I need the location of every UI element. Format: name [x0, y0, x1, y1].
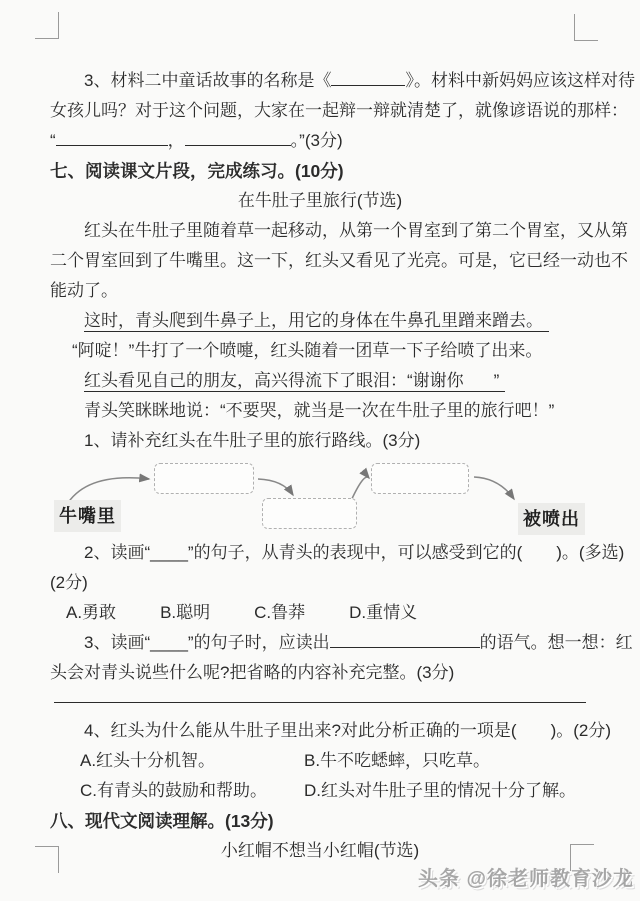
q2-option-a: A.勇敢: [66, 598, 116, 628]
q2-option-b: B.聪明: [160, 598, 210, 628]
question-2-line2: (2分): [50, 568, 590, 598]
arrow-4: [474, 477, 514, 499]
q2-option-d: D.重情义: [349, 598, 417, 628]
close-quote-score: 。”(3分): [291, 131, 343, 150]
route-box-3[interactable]: [371, 463, 469, 494]
passage-title: 在牛肚子里旅行(节选): [50, 186, 590, 216]
watermark: 头条 @徐老师教育沙龙: [418, 862, 634, 891]
passage-para1-line2: 二个胃室回到了牛嘴里。这一下，红头又看见了光亮。可是，它已经一动也不: [50, 246, 590, 276]
route-start-label: 牛嘴里: [54, 500, 121, 532]
material-question-line3: “，。”(3分): [50, 126, 590, 156]
question-3-line1-post: 的语气。想一想：红: [480, 633, 633, 652]
passage-para2: 这时，青头爬到牛鼻子上，用它的身体在牛鼻孔里蹭来蹭去。: [50, 306, 590, 336]
question-2-options: A.勇敢 B.聪明 C.鲁莽 D.重情义: [50, 598, 590, 628]
q4-option-a: A.红头十分机智。: [80, 746, 304, 776]
passage-para1-line3: 能动了。: [50, 276, 590, 306]
q4-option-d: D.红头对牛肚子里的情况十分了解。: [304, 776, 590, 806]
section-8-heading: 八、现代文阅读理解。(13分): [50, 806, 590, 836]
proverb-blank-2: [185, 130, 291, 146]
question-4-options: A.红头十分机智。 B.牛不吃蟋蟀，只吃草。 C.有青头的鼓励和帮助。 D.红头…: [50, 746, 590, 806]
route-end-label: 被喷出: [518, 503, 585, 535]
material-question-line1-pre: 3、材料二中童话故事的名称是《: [84, 71, 331, 90]
section-7-heading: 七、阅读课文片段，完成练习。(10分): [50, 156, 590, 186]
q2-option-c: C.鲁莽: [254, 598, 305, 628]
proverb-blank-1: [56, 130, 168, 146]
q4-option-b: B.牛不吃蟋蟀，只吃草。: [304, 746, 590, 776]
exam-page-content: 3、材料二中童话故事的名称是《》。材料中新妈妈应该这样对待 女孩儿吗？对于这个问…: [50, 66, 590, 866]
passage-para3: “阿啶！”牛打了一个喷嚏，红头随着一团草一下子给喷了出来。: [50, 336, 590, 366]
material-question-line1-post: 》。材料中新妈妈应该这样对待: [405, 71, 635, 90]
question-3-line1: 3、读画“____”的句子时，应读出的语气。想一想：红: [50, 628, 590, 658]
route-box-1[interactable]: [154, 463, 254, 494]
crop-mark-top-right: [574, 14, 598, 41]
passage-para5: 青头笑眯眯地说：“不要哭，就当是一次在牛肚子里的旅行吧！”: [50, 396, 590, 426]
underlined-sentence-2-quote: ”: [494, 371, 500, 390]
question-3-line2: 头会对青头说些什么呢?把省略的内容补充完整。(3分): [50, 658, 590, 688]
title-blank: [331, 70, 405, 86]
arrow-2: [258, 479, 293, 495]
passage-para4: 红头看见自己的朋友，高兴得流下了眼泪：“谢谢你”: [50, 366, 590, 396]
passage-para1-line1: 红头在牛肚子里随着草一起移动，从第一个胃室到了第二个胃室，又从第: [50, 216, 590, 246]
travel-route-diagram: 牛嘴里 被喷出: [50, 458, 590, 538]
material-question-line2: 女孩儿吗？对于这个问题，大家在一起辩一辩就清楚了，就像谚语说的那样：: [50, 96, 590, 126]
crop-mark-top-left: [35, 12, 59, 39]
question-2-line1: 2、读画“____”的句子，从青头的表现中，可以感受到它的( )。(多选): [50, 538, 590, 568]
q4-option-c: C.有青头的鼓励和帮助。: [80, 776, 304, 806]
route-box-2[interactable]: [262, 498, 357, 529]
tone-blank: [330, 632, 480, 648]
material-question-line1: 3、材料二中童话故事的名称是《》。材料中新妈妈应该这样对待: [50, 66, 590, 96]
answer-line[interactable]: [54, 688, 586, 703]
omitted-content-gap: [464, 371, 494, 386]
underlined-sentence-1: 这时，青头爬到牛鼻子上，用它的身体在牛鼻孔里蹭来蹭去。: [84, 311, 549, 332]
underlined-sentence-2: 红头看见自己的朋友，高兴得流下了眼泪：“谢谢你”: [84, 371, 505, 392]
question-4-line1: 4、红头为什么能从牛肚子里出来?对此分析正确的一项是( )。(2分): [50, 716, 590, 746]
comma: ，: [168, 131, 185, 150]
question-1-text: 1、请补充红头在牛肚子里的旅行路线。(3分): [50, 426, 590, 456]
question-3-line1-pre: 3、读画“____”的句子时，应读出: [84, 633, 330, 652]
underlined-sentence-2-text: 红头看见自己的朋友，高兴得流下了眼泪：“谢谢你: [84, 371, 464, 390]
